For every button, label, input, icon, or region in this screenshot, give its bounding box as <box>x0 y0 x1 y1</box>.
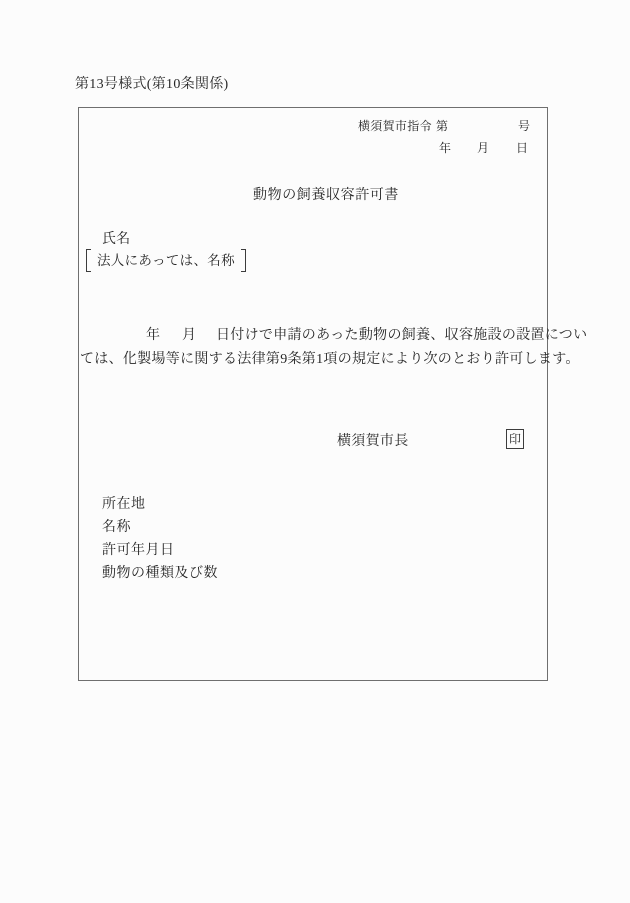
body-text-line1: 日付けで申請のあった動物の飼養、収容施設の設置につい <box>216 328 587 343</box>
corporate-name-note: 法人にあっては、名称 <box>86 248 246 273</box>
detail-item-location: 所在地 <box>102 497 218 520</box>
seal-placeholder-box: 印 <box>506 429 524 449</box>
mayor-signature-title: 横須賀市長 <box>337 434 409 449</box>
directive-number-suffix: 号 <box>518 120 530 133</box>
permit-document-frame: 横須賀市指令 第 号 年 月 日 動物の飼養収容許可書 氏名 法人にあっては、名… <box>78 107 548 681</box>
corporate-name-note-text: 法人にあっては、名称 <box>97 254 235 268</box>
body-text-line2: ては、化製場等に関する法律第9条第1項の規定により次のとおり許可します。 <box>80 352 580 367</box>
close-bracket <box>241 249 246 272</box>
issue-date-year-label: 年 <box>439 142 451 155</box>
issue-date-month-label: 月 <box>477 142 489 155</box>
addressee-name-label: 氏名 <box>102 232 131 247</box>
issuing-authority: 横須賀市指令 <box>358 120 432 133</box>
detail-item-permit-date: 許可年月日 <box>102 543 218 566</box>
document-title: 動物の飼養収容許可書 <box>253 188 399 203</box>
open-bracket <box>86 249 91 272</box>
form-number: 第13号様式(第10条関係) <box>75 77 229 92</box>
document-page: 第13号様式(第10条関係) 横須賀市指令 第 号 年 月 日 動物の飼養収容許… <box>0 0 630 903</box>
permit-details-list: 所在地 名称 許可年月日 動物の種類及び数 <box>102 497 218 589</box>
application-date-month-label: 月 <box>182 328 196 343</box>
seal-label: 印 <box>509 433 521 445</box>
detail-item-name: 名称 <box>102 520 218 543</box>
directive-number-prefix: 第 <box>436 120 448 133</box>
issue-date-day-label: 日 <box>516 142 528 155</box>
detail-item-animal-type-count: 動物の種類及び数 <box>102 566 218 589</box>
application-date-year-label: 年 <box>146 328 160 343</box>
